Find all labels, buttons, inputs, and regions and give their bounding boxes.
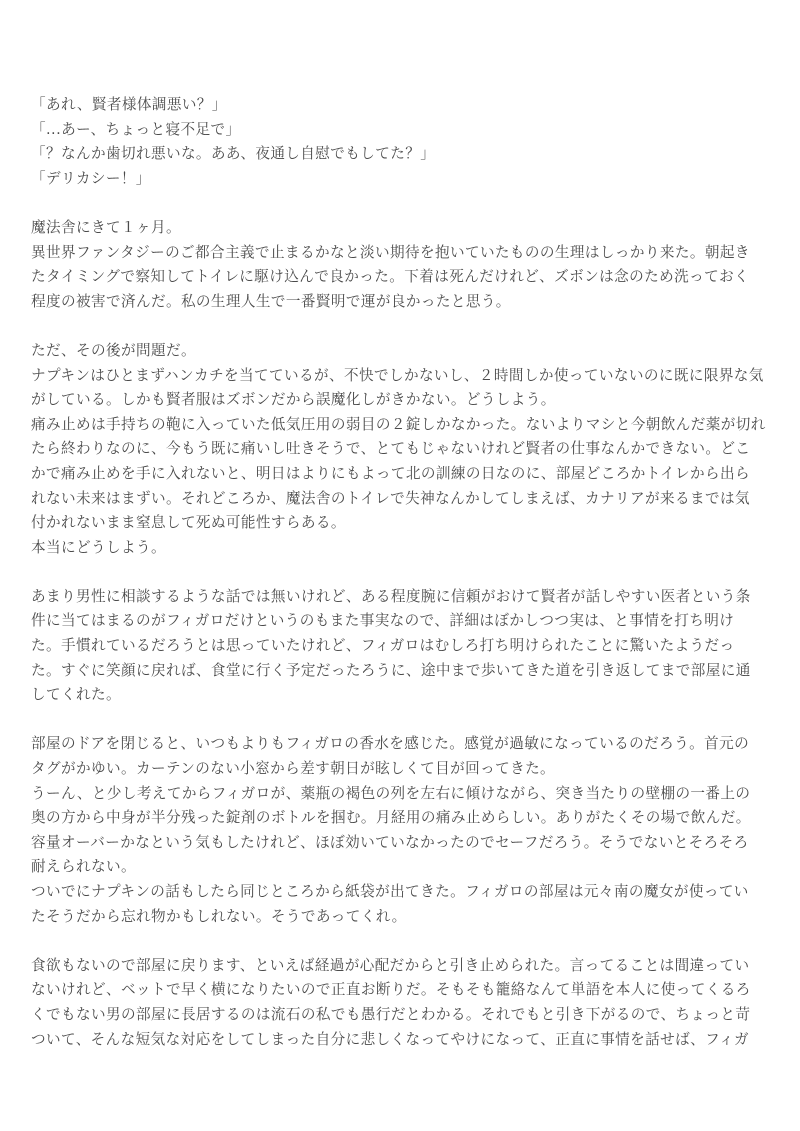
text-line: 「デリカシー！」 xyxy=(31,167,776,192)
paragraph-spacer xyxy=(31,314,776,339)
text-line: 「あれ、賢者様体調悪い？」 xyxy=(31,93,776,118)
text-line: た。すぐに笑顔に戻れば、食堂に行く予定だったろうに、途中まで歩いてきた道を引き返… xyxy=(31,659,776,684)
text-line: 付かれないまま窒息して死ぬ可能性すらある。 xyxy=(31,511,776,536)
text-line: たそうだから忘れ物かもしれない。そうであってくれ。 xyxy=(31,905,776,930)
text-line: がしている。しかも賢者服はズボンだから誤魔化しがきかない。どうしよう。 xyxy=(31,388,776,413)
text-line: たタイミングで察知してトイレに駆け込んで良かった。下着は死んだけれど、ズボンは念… xyxy=(31,265,776,290)
paragraph-return-room: 食欲もないので部屋に戻ります、といえば経過が心配だからと引き止められた。言ってる… xyxy=(31,954,776,1052)
text-line: かで痛み止めを手に入れないと、明日はよりにもよって北の訓練の日なのに、部屋どころ… xyxy=(31,462,776,487)
text-line: ナプキンはひとまずハンカチを当てているが、不快でしかないし、２時間しか使っていな… xyxy=(31,364,776,389)
text-line: ついて、そんな短気な対応をしてしまった自分に悲しくなってやけになって、正直に事情… xyxy=(31,1028,776,1053)
text-line: ないけれど、ベットで早く横になりたいので正直お断りだ。そもそも籠絡なんて単語を本… xyxy=(31,978,776,1003)
text-line: 「？なんか歯切れ悪いな。ああ、夜通し自慰でもしてた？」 xyxy=(31,142,776,167)
paragraph-one-month: 魔法舎にきて１ヶ月。 異世界ファンタジーのご都合主義で止まるかなと淡い期待を抱い… xyxy=(31,216,776,314)
text-line: 食欲もないので部屋に戻ります、といえば経過が心配だからと引き止められた。言ってる… xyxy=(31,954,776,979)
paragraph-problem: ただ、その後が問題だ。 ナプキンはひとまずハンカチを当てているが、不快でしかない… xyxy=(31,339,776,560)
text-line: 異世界ファンタジーのご都合主義で止まるかなと淡い期待を抱いていたものの生理はしっ… xyxy=(31,241,776,266)
text-line: 痛み止めは手持ちの鞄に入っていた低気圧用の弱目の２錠しかなかった。ないよりマシと… xyxy=(31,413,776,438)
paragraph-spacer xyxy=(31,560,776,585)
paragraph-spacer xyxy=(31,708,776,733)
text-line: ついでにナプキンの話もしたら同じところから紙袋が出てきた。フィガロの部屋は元々南… xyxy=(31,880,776,905)
text-line: 「...あー、ちょっと寝不足で」 xyxy=(31,118,776,143)
paragraph-figaro-room: 部屋のドアを閉じると、いつもよりもフィガロの香水を感じた。感覚が過敏になっている… xyxy=(31,732,776,929)
text-line: 本当にどうしよう。 xyxy=(31,536,776,561)
document-page: 「あれ、賢者様体調悪い？」 「...あー、ちょっと寝不足で」 「？なんか歯切れ悪… xyxy=(31,93,776,1052)
text-line: してくれた。 xyxy=(31,683,776,708)
text-line: 程度の被害で済んだ。私の生理人生で一番賢明で運が良かったと思う。 xyxy=(31,290,776,315)
paragraph-figaro-consult: あまり男性に相談するような話では無いけれど、ある程度腕に信頼がおけて賢者が話しや… xyxy=(31,585,776,708)
text-line: くでもない男の部屋に長居するのは流石の私でも愚行だとわかる。それでもと引き下がる… xyxy=(31,1003,776,1028)
text-line: れない未来はまずい。それどころか、魔法舎のトイレで失神なんかしてしまえば、カナリ… xyxy=(31,487,776,512)
text-line: 件に当てはまるのがフィガロだけというのもまた事実なので、詳細はぼかしつつ実は、と… xyxy=(31,609,776,634)
paragraph-spacer xyxy=(31,929,776,954)
text-line: ただ、その後が問題だ。 xyxy=(31,339,776,364)
paragraph-spacer xyxy=(31,191,776,216)
text-line: 容量オーバーかなという気もしたけれど、ほぼ効いていなかったのでセーフだろう。そう… xyxy=(31,831,776,856)
paragraph-dialogue: 「あれ、賢者様体調悪い？」 「...あー、ちょっと寝不足で」 「？なんか歯切れ悪… xyxy=(31,93,776,191)
text-line: たら終わりなのに、今もう既に痛いし吐きそうで、とてもじゃないけれど賢者の仕事なん… xyxy=(31,437,776,462)
text-line: うーん、と少し考えてからフィガロが、薬瓶の褐色の列を左右に傾けながら、突き当たり… xyxy=(31,782,776,807)
text-line: 耐えられない。 xyxy=(31,855,776,880)
text-line: あまり男性に相談するような話では無いけれど、ある程度腕に信頼がおけて賢者が話しや… xyxy=(31,585,776,610)
text-line: 魔法舎にきて１ヶ月。 xyxy=(31,216,776,241)
text-line: た。手慣れているだろうとは思っていたけれど、フィガロはむしろ打ち明けられたことに… xyxy=(31,634,776,659)
text-line: タグがかゆい。カーテンのない小窓から差す朝日が眩しくて目が回ってきた。 xyxy=(31,757,776,782)
text-line: 奥の方から中身が半分残った錠剤のボトルを掴む。月経用の痛み止めらしい。ありがたく… xyxy=(31,806,776,831)
text-line: 部屋のドアを閉じると、いつもよりもフィガロの香水を感じた。感覚が過敏になっている… xyxy=(31,732,776,757)
